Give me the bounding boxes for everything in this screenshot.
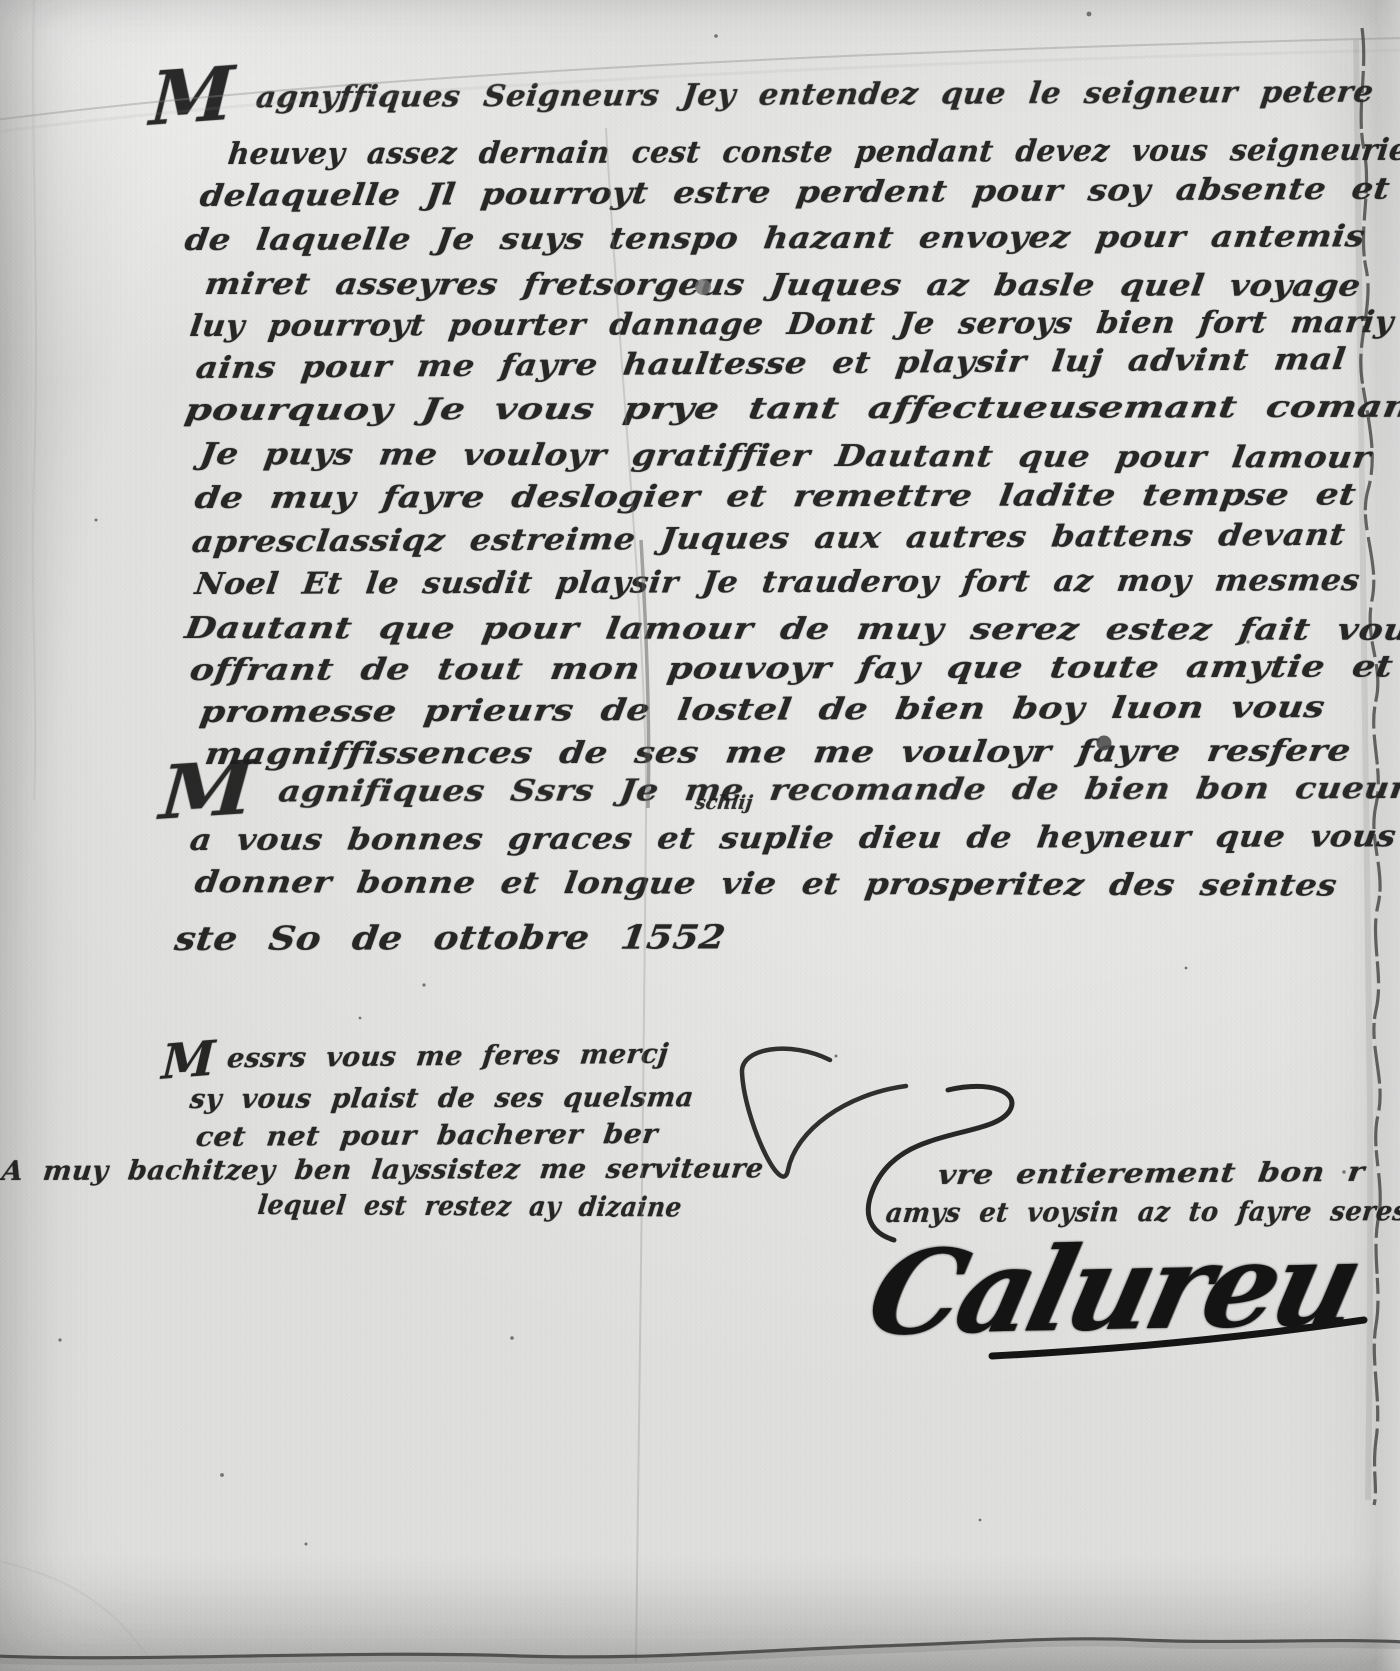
- line-text: promesse prieurs de lostel de bien boy l…: [198, 690, 1328, 730]
- date-text: ste So de ottobre 1552: [172, 917, 728, 958]
- manuscript-line: Je puys me vouloyr gratiffier Dautant qu…: [198, 440, 1373, 474]
- line-text: pourquoy Je vous prye tant affectueusema…: [182, 390, 1400, 428]
- line-text: de laquelle Je suys tenspo hazant envoye…: [183, 219, 1367, 258]
- manuscript-line: Dautant que pour lamour de muy serez est…: [183, 614, 1400, 646]
- signature-text: Calureu: [856, 1216, 1370, 1362]
- line-text: agnyffiques Seigneurs Jey entendez que l…: [254, 75, 1375, 116]
- manuscript-line: magniffissences de ses me me vouloyr fay…: [203, 737, 1353, 770]
- line-text: vre entierement bon r: [936, 1157, 1366, 1191]
- interline-insertion: schlij: [694, 794, 754, 813]
- postscript-line: cet net pour bacherer ber: [194, 1121, 659, 1151]
- line-text: lequel est restez ay dizaine: [256, 1190, 683, 1223]
- line-text: essrs vous me feres mercj: [225, 1039, 669, 1075]
- line-text: offrant de tout mon pouvoyr fay que tout…: [188, 650, 1396, 688]
- line-text: a vous bonnes graces et suplie dieu de h…: [188, 819, 1398, 858]
- manuscript-line: ains pour me fayre haultesse et playsir …: [194, 345, 1347, 384]
- line-text: sy vous plaist de ses quelsma: [188, 1082, 695, 1115]
- manuscript-line: offrant de tout mon pouvoyr fay que tout…: [188, 653, 1395, 686]
- manuscript-line: pourquoy Je vous prye tant affectueusema…: [183, 393, 1400, 426]
- line-text: de muy fayre deslogier et remettre ladit…: [193, 478, 1359, 516]
- line-text: magniffissences de ses me me vouloyr fay…: [203, 734, 1354, 772]
- postscript-line: Messrs vous me feres mercj: [160, 1041, 669, 1073]
- line-text: Dautant que pour lamour de muy serez est…: [182, 611, 1400, 648]
- handwriting-layer: Magnyffiques Seigneurs Jey entendez que …: [0, 0, 1400, 1671]
- postscript-line: lequel est restez ay dizaine: [256, 1192, 683, 1221]
- signature: Calureu: [859, 1226, 1368, 1352]
- line-text: donner bonne et longue vie et prosperite…: [193, 865, 1340, 904]
- manuscript-line: apresclassiqz estreime Juques aux autres…: [190, 521, 1347, 558]
- line-text: apresclassiqz estreime Juques aux autres…: [190, 518, 1348, 560]
- manuscript-line: heuvey assez dernain cest conste pendant…: [226, 136, 1400, 170]
- line-text: cet net pour bacherer ber: [194, 1119, 659, 1153]
- manuscript-line: Magnifiques Ssrs Je me recomande de bien…: [158, 774, 1400, 808]
- line-text: heuvey assez dernain cest conste pendant…: [226, 133, 1400, 172]
- line-text: agnifiques Ssrs Je me recomande de bien …: [276, 771, 1400, 809]
- date-line: ste So de ottobre 1552: [173, 920, 728, 955]
- line-text: luy pourroyt pourter dannage Dont Je ser…: [188, 305, 1396, 344]
- line-text: ains pour me fayre haultesse et playsir …: [194, 342, 1348, 386]
- closing-initial: M: [160, 788, 252, 794]
- manuscript-line: a vous bonnes graces et suplie dieu de h…: [188, 822, 1398, 856]
- manuscript-line: de muy fayre deslogier et remettre ladit…: [193, 481, 1358, 514]
- line-text: Noel Et le susdit playsir Je trauderoy f…: [193, 563, 1362, 602]
- line-text: A muy bachitzey ben layssistez me servit…: [0, 1153, 765, 1187]
- manuscript-line: delaquelle Jl pourroyt estre perdent pou…: [198, 175, 1391, 212]
- manuscript-line: donner bonne et longue vie et prosperite…: [193, 868, 1339, 902]
- insertion-text: schlij: [694, 792, 754, 814]
- manuscript-line: Magnyffiques Seigneurs Jey entendez que …: [148, 78, 1375, 114]
- line-text: Je puys me vouloyr gratiffier Dautant qu…: [198, 437, 1374, 476]
- manuscript-line: miret asseyres fretsorgeus Juques az bas…: [203, 270, 1363, 302]
- manuscript-line: luy pourroyt pourter dannage Dont Je ser…: [188, 308, 1395, 342]
- opening-initial: M: [150, 94, 232, 100]
- manuscript-line: promesse prieurs de lostel de bien boy l…: [198, 693, 1327, 728]
- manuscript-line: Noel Et le susdit playsir Je trauderoy f…: [193, 566, 1361, 600]
- line-text: miret asseyres fretsorgeus Juques az bas…: [203, 267, 1363, 304]
- closing-line: vre entierement bon r: [936, 1159, 1366, 1189]
- postscript-line: A muy bachitzey ben layssistez me servit…: [0, 1155, 765, 1185]
- manuscript-line: de laquelle Je suys tenspo hazant envoye…: [183, 222, 1367, 256]
- postscript-line: sy vous plaist de ses quelsma: [188, 1084, 695, 1113]
- postscript-initial: M: [162, 1059, 213, 1063]
- line-text: delaquelle Jl pourroyt estre perdent pou…: [198, 172, 1392, 214]
- manuscript-letter-photo: Magnyffiques Seigneurs Jey entendez que …: [0, 0, 1400, 1671]
